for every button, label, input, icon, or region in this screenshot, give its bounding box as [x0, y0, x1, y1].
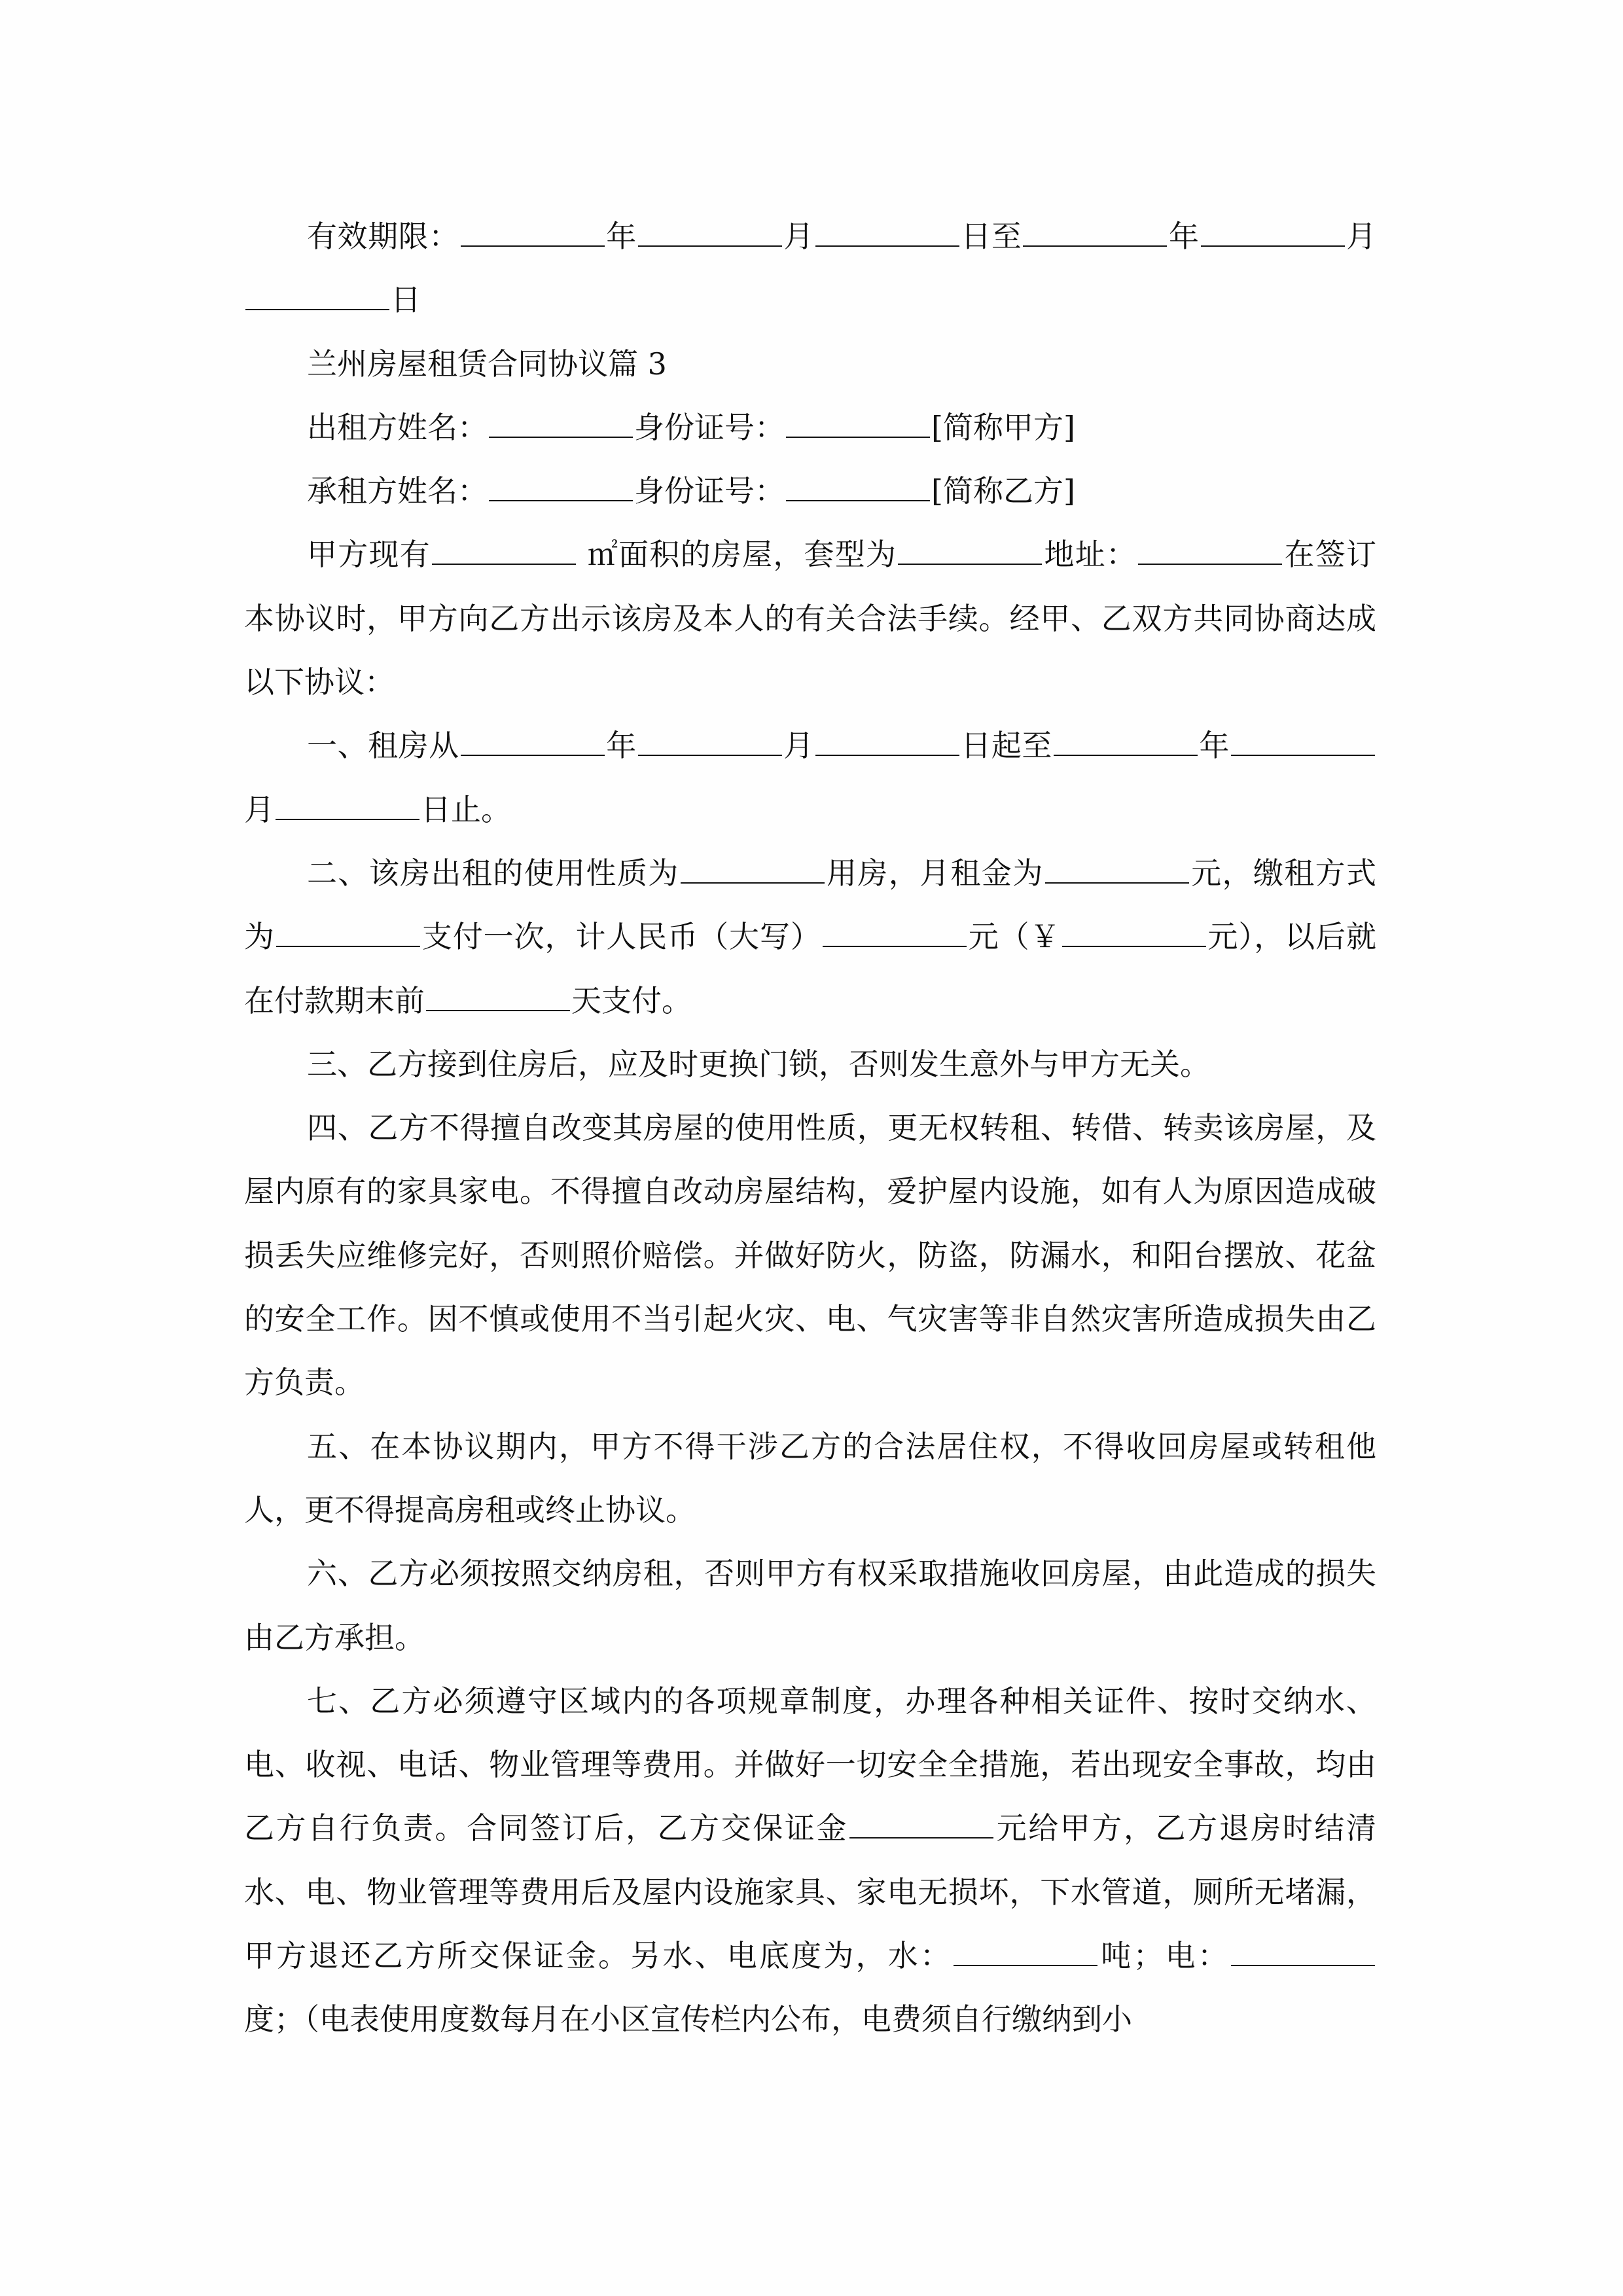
usage-field[interactable] — [681, 856, 825, 884]
rent-field[interactable] — [1045, 856, 1189, 884]
lessor-abbr: [简称甲方] — [931, 410, 1075, 445]
address-field[interactable] — [1138, 537, 1282, 565]
clause-5: 五、在本协议期内，甲方不得干涉乙方的合法居住权，不得收回房屋或转租他人，更不得提… — [244, 1415, 1376, 1543]
blank-field[interactable] — [1201, 219, 1345, 247]
lessee-line: 承租方姓名：身份证号：[简称乙方] — [244, 459, 1376, 523]
clause-7: 七、乙方必须遵守区域内的各项规章制度，办理各种相关证件、按时交纳水、电、收视、电… — [244, 1670, 1376, 2052]
month-label: 月 — [783, 219, 814, 254]
intro-text: ㎡面积的房屋，套型为 — [577, 537, 897, 572]
clause-2: 二、该房出租的使用性质为用房，月租金为元，缴租方式为支付一次，计人民币（大写）元… — [244, 842, 1376, 1033]
clause-3: 三、乙方接到住房后，应及时更换门锁，否则发生意外与甲方无关。 — [244, 1033, 1376, 1096]
lessor-name-label: 出租方姓名： — [307, 410, 488, 445]
blank-field[interactable] — [245, 283, 389, 310]
blank-field[interactable] — [1023, 219, 1167, 247]
document-body: 有效期限：年月日至年月日 兰州房屋租赁合同协议篇 3 出租方姓名：身份证号：[简… — [244, 205, 1376, 2052]
clause-text: 度；（电表使用度数每月在小区宣传栏内公布，电费须自行缴纳到小 — [244, 2001, 1132, 2037]
lessee-id-label: 身份证号： — [634, 473, 785, 509]
blank-field[interactable] — [1231, 728, 1375, 756]
clause-text: 二、该房出租的使用性质为 — [307, 855, 679, 891]
blank-field[interactable] — [461, 728, 605, 756]
clause-text: 天支付。 — [571, 983, 692, 1018]
day-to-label: 日至 — [961, 219, 1022, 254]
year-label: 年 — [606, 219, 637, 254]
clause-text: 一、租房从 — [307, 728, 459, 763]
document-page: 有效期限：年月日至年月日 兰州房屋租赁合同协议篇 3 出租方姓名：身份证号：[简… — [0, 0, 1623, 2296]
lessor-id-field[interactable] — [786, 410, 930, 438]
lessee-abbr: [简称乙方] — [931, 473, 1075, 509]
clause-text: 用房，月租金为 — [826, 855, 1044, 891]
clause-1: 一、租房从年月日起至年月日止。 — [244, 714, 1376, 842]
validity-label: 有效期限： — [307, 219, 459, 254]
clause-4: 四、乙方不得擅自改变其房屋的使用性质，更无权转租、转借、转卖该房屋，及屋内原有的… — [244, 1096, 1376, 1414]
section-title: 兰州房屋租赁合同协议篇 3 — [244, 332, 1376, 396]
blank-field[interactable] — [638, 728, 782, 756]
validity-period: 有效期限：年月日至年月日 — [244, 205, 1376, 332]
year-label: 年 — [1199, 728, 1230, 763]
area-field[interactable] — [432, 537, 576, 565]
blank-field[interactable] — [638, 219, 782, 247]
lessor-line: 出租方姓名：身份证号：[简称甲方] — [244, 396, 1376, 459]
clause-text: 元（￥ — [968, 919, 1061, 954]
days-field[interactable] — [426, 984, 570, 1011]
intro-text: 地址： — [1043, 537, 1137, 572]
clause-text: 吨；电： — [1099, 1938, 1230, 1973]
lessee-name-label: 承租方姓名： — [307, 473, 488, 509]
water-reading-field[interactable] — [954, 1939, 1097, 1966]
month-label: 月 — [783, 728, 814, 763]
lessor-id-label: 身份证号： — [634, 410, 785, 445]
clause-6: 六、乙方必须按照交纳房租，否则甲方有权采取措施收回房屋，由此造成的损失由乙方承担… — [244, 1542, 1376, 1670]
payment-period-field[interactable] — [276, 920, 420, 947]
month-label: 月 — [1346, 219, 1377, 254]
blank-field[interactable] — [815, 728, 959, 756]
electric-reading-field[interactable] — [1231, 1939, 1375, 1966]
month-label: 月 — [244, 792, 274, 827]
blank-field[interactable] — [815, 219, 959, 247]
year-label: 年 — [606, 728, 637, 763]
layout-field[interactable] — [898, 537, 1042, 565]
lessee-name-field[interactable] — [489, 474, 633, 501]
clause-text: 支付一次，计人民币（大写） — [421, 919, 821, 954]
deposit-field[interactable] — [849, 1811, 993, 1839]
lessor-name-field[interactable] — [489, 410, 633, 438]
intro-paragraph: 甲方现有 ㎡面积的房屋，套型为地址：在签订本协议时，甲方向乙方出示该房及本人的有… — [244, 523, 1376, 714]
intro-text: 甲方现有 — [307, 537, 431, 572]
day-to-label: 日起至 — [961, 728, 1052, 763]
lessee-id-field[interactable] — [786, 474, 930, 501]
day-label: 日 — [391, 282, 421, 317]
amount-words-field[interactable] — [823, 920, 967, 947]
amount-number-field[interactable] — [1062, 920, 1206, 947]
blank-field[interactable] — [276, 793, 419, 820]
blank-field[interactable] — [461, 219, 605, 247]
clause-text: 日止。 — [421, 792, 511, 827]
blank-field[interactable] — [1054, 728, 1198, 756]
year-label: 年 — [1168, 219, 1199, 254]
